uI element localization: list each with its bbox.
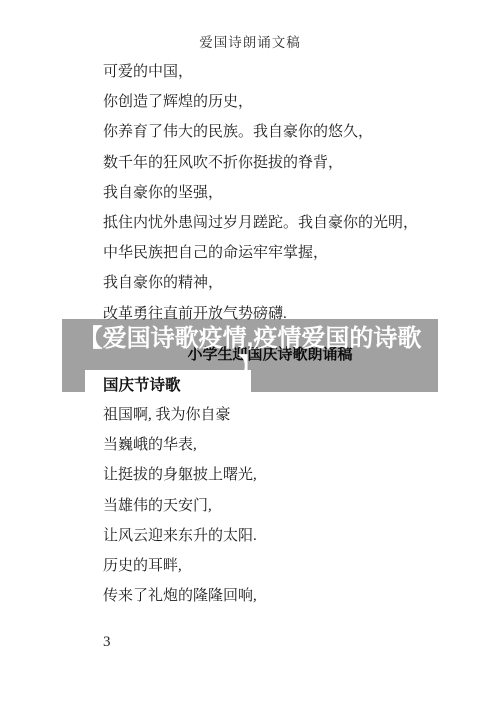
poem-line: 让风云迎来东升的太阳.	[103, 521, 437, 551]
poem-line: 传来了礼炮的隆隆回响,	[103, 581, 437, 611]
poem-line: 祖国啊, 我为你自豪	[103, 400, 437, 430]
poem-line: 我自豪你的坚强，	[103, 178, 437, 208]
poem-stanza-1: 可爱的中国，你创造了辉煌的历史，你养育了伟大的民族。我自豪你的悠久，数千年的狂风…	[103, 57, 437, 329]
poem-line: 抵住内忧外患闯过岁月蹉跎。我自豪你的光明，	[103, 208, 437, 238]
poem-line: 历史的耳畔,	[103, 551, 437, 581]
poem-line: 你创造了辉煌的历史，	[103, 87, 437, 117]
poem-line: 可爱的中国，	[103, 57, 437, 87]
poem-line: 数千年的狂风吹不折你挺拔的脊背，	[103, 148, 437, 178]
poem-line: 当雄伟的天安门,	[103, 491, 437, 521]
poem-line: 你养育了伟大的民族。我自豪你的悠久，	[103, 117, 437, 147]
page-number: 3	[103, 634, 111, 651]
poem-line: 我自豪你的精神，	[103, 268, 437, 298]
document-page: 爱国诗朗诵文稿 可爱的中国，你创造了辉煌的历史，你养育了伟大的民族。我自豪你的悠…	[0, 0, 500, 707]
poem-line: 中华民族把自己的命运牢牢掌握，	[103, 238, 437, 268]
poem-stanza-2: 祖国啊, 我为你自豪当巍峨的华表,让挺拔的身躯披上曙光,当雄伟的天安门,让风云迎…	[103, 400, 437, 611]
watermark-title-line2: 】	[238, 354, 262, 381]
page-header-title: 爱国诗朗诵文稿	[0, 31, 500, 51]
poem-line: 当巍峨的华表,	[103, 430, 437, 460]
watermark-title-line1: 【爱国诗歌疫情,疫情爱国的诗歌	[79, 325, 422, 352]
watermark-title: 【爱国诗歌疫情,疫情爱国的诗歌 】	[62, 319, 438, 392]
poem-line: 让挺拔的身躯披上曙光,	[103, 460, 437, 490]
